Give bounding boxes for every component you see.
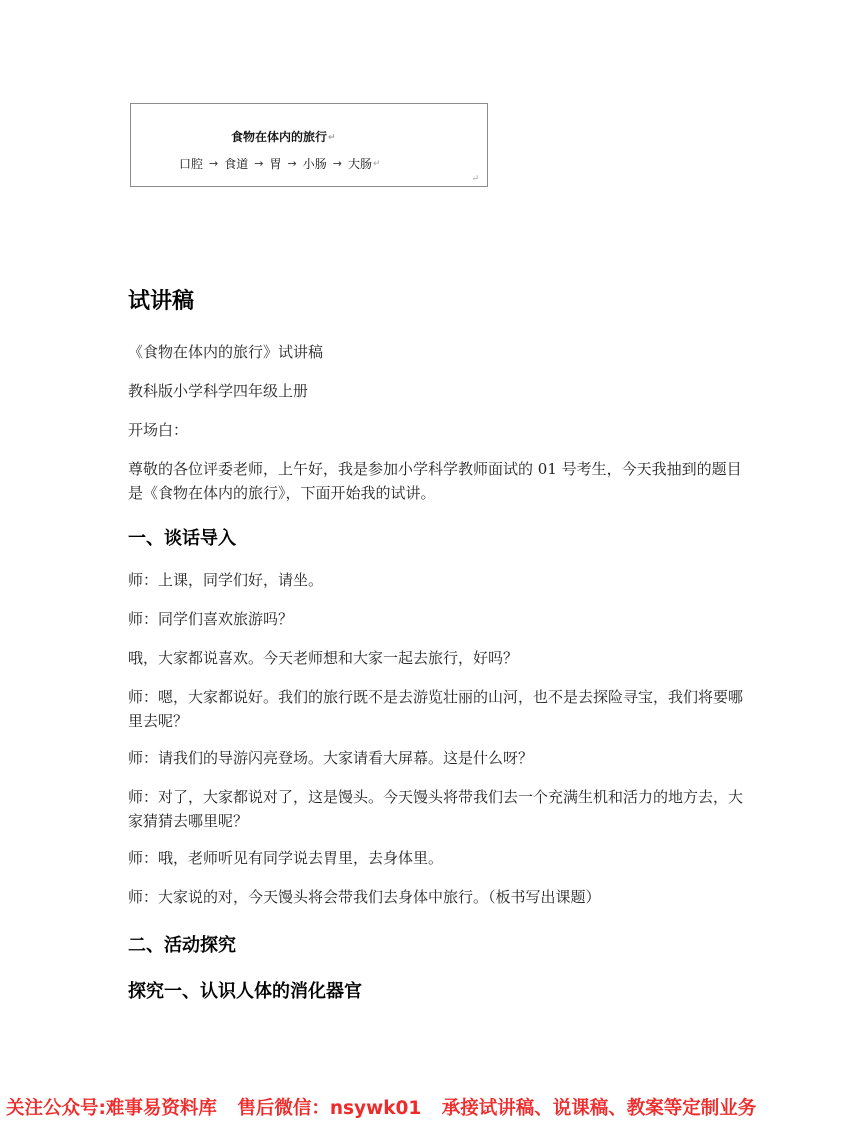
paragraph-mark-icon: ↵ [471, 174, 479, 184]
dialogue-paragraph: 师：请我们的导游闪亮登场。大家请看大屏幕。这是什么呀？ [128, 746, 743, 770]
footer-service: 承接试讲稿、说课稿、教案等定制业务 [442, 1098, 757, 1119]
footer-account: 关注公众号:难事易资料库 [6, 1098, 217, 1119]
arrow-right-icon: → [254, 157, 263, 170]
figure-title-text: 食物在体内的旅行 [231, 130, 327, 144]
dialogue-paragraph: 师：嗯，大家都说好。我们的旅行既不是去游览壮丽的山河，也不是去探险寻宝，我们将要… [128, 685, 743, 733]
footer-watermark: 关注公众号:难事易资料库 售后微信：nsywk01 承接试讲稿、说课稿、教案等定… [6, 1094, 862, 1120]
footer-wechat: 售后微信：nsywk01 [237, 1098, 421, 1119]
subsection-heading: 探究一、认识人体的消化器官 [128, 977, 362, 1003]
flow-step-mouth: 口腔 [179, 155, 203, 172]
textbook-line: 教科版小学科学四年级上册 [128, 379, 743, 403]
arrow-right-icon: → [287, 157, 296, 170]
paragraph-mark-icon: ↵ [328, 133, 336, 143]
document-page: 食物在体内的旅行↵ 口腔 → 食道 → 胃 → 小肠 → 大肠↵ ↵ 试讲稿 《… [0, 0, 866, 1122]
flow-step-esophagus: 食道 [224, 155, 248, 172]
flow-step-small-intestine: 小肠 [303, 155, 327, 172]
dialogue-paragraph: 师：哦，老师听见有同学说去胃里，去身体里。 [128, 846, 743, 870]
section-heading-intro: 一、谈话导入 [128, 524, 236, 550]
digestive-flow: 口腔 → 食道 → 胃 → 小肠 → 大肠↵ [179, 155, 381, 172]
flow-step-large-intestine: 大肠 [348, 155, 372, 172]
dialogue-paragraph: 师：大家说的对，今天馒头将会带我们去身体中旅行。（板书写出课题） [128, 885, 743, 909]
figure-box: 食物在体内的旅行↵ 口腔 → 食道 → 胃 → 小肠 → 大肠↵ ↵ [130, 103, 488, 187]
arrow-right-icon: → [333, 157, 342, 170]
dialogue-paragraph: 师：对了，大家都说对了，这是馒头。今天馒头将带我们去一个充满生机和活力的地方去，… [128, 785, 743, 833]
figure-title: 食物在体内的旅行↵ [231, 128, 336, 145]
flow-step-stomach: 胃 [269, 155, 281, 172]
dialogue-paragraph: 师：同学们喜欢旅游吗？ [128, 607, 743, 631]
opening-paragraph: 尊敬的各位评委老师，上午好，我是参加小学科学教师面试的 01 号考生，今天我抽到… [128, 457, 743, 505]
page-title: 试讲稿 [128, 284, 194, 315]
opening-label: 开场白： [128, 418, 743, 442]
arrow-right-icon: → [209, 157, 218, 170]
dialogue-paragraph: 师：上课，同学们好，请坐。 [128, 568, 743, 592]
paragraph-mark-icon: ↵ [373, 159, 381, 169]
dialogue-paragraph: 哦，大家都说喜欢。今天老师想和大家一起去旅行，好吗？ [128, 646, 743, 670]
lesson-title: 《食物在体内的旅行》试讲稿 [128, 340, 743, 364]
section-heading-activity: 二、活动探究 [128, 931, 236, 957]
